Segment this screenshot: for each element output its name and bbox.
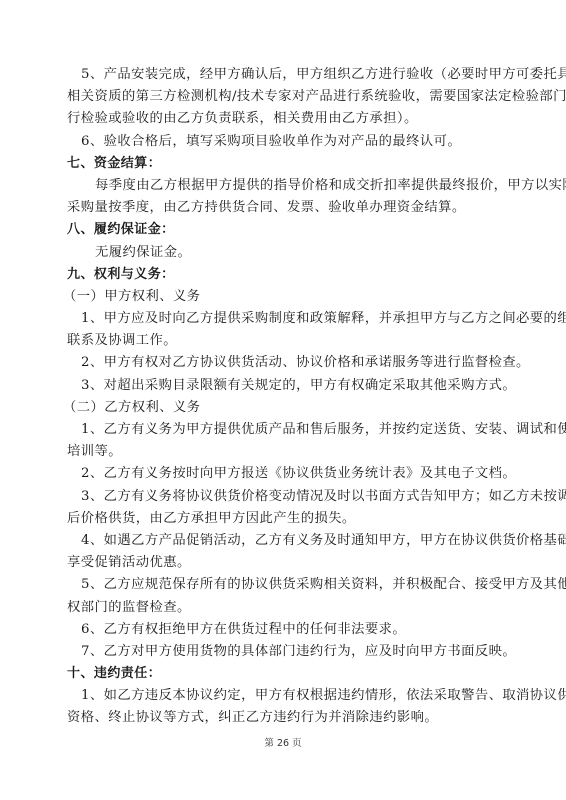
paragraph-line: 6、验收合格后，填写采购项目验收单作为对产品的最终认可。: [67, 131, 497, 153]
paragraph-line: 3、对超出采购目录限额有关规定的，甲方有权确定采取其他采购方式。: [67, 375, 497, 397]
paragraph-line: 7、乙方对甲方使用货物的具体部门违约行为，应及时向甲方书面反映。: [67, 641, 497, 663]
paragraph-line: 3、乙方有义务将协议供货价格变动情况及时以书面方式告知甲方；如乙方未按调整: [67, 486, 497, 508]
section-heading-rights-obligations: 九、权利与义务：: [67, 264, 497, 286]
section-heading-performance-bond: 八、履约保证金：: [67, 219, 497, 241]
paragraph-line: 享受促销活动优惠。: [67, 552, 497, 574]
paragraph-line: 联系及协调工作。: [67, 330, 497, 352]
paragraph-line: 5、产品安装完成，经甲方确认后，甲方组织乙方进行验收（必要时甲方可委托具有: [67, 64, 497, 86]
paragraph-line: 权部门的监督检查。: [67, 597, 497, 619]
paragraph-line: 1、如乙方违反本协议约定，甲方有权根据违约情形，依法采取警告、取消协议供货: [67, 685, 497, 707]
section-heading-liability: 十、违约责任：: [67, 663, 497, 685]
paragraph-line: 2、甲方有权对乙方协议供货活动、协议价格和承诺服务等进行监督检查。: [67, 352, 497, 374]
paragraph-line: 每季度由乙方根据甲方提供的指导价格和成交折扣率提供最终报价，甲方以实际: [67, 175, 497, 197]
subsection-heading-party-b: （二）乙方权利、义务: [63, 397, 497, 419]
subsection-heading-party-a: （一）甲方权利、义务: [63, 286, 497, 308]
paragraph-line: 相关资质的第三方检测机构/技术专家对产品进行系统验收，需要国家法定检验部门进: [67, 86, 497, 108]
document-body: 5、产品安装完成，经甲方确认后，甲方组织乙方进行验收（必要时甲方可委托具有 相关…: [67, 64, 497, 730]
paragraph-line: 2、乙方有义务按时向甲方报送《协议供货业务统计表》及其电子文档。: [67, 463, 497, 485]
page-number: 第 26 页: [0, 735, 566, 749]
paragraph-line: 1、乙方有义务为甲方提供优质产品和售后服务，并按约定送货、安装、调试和使用: [67, 419, 497, 441]
paragraph-line: 后价格供货，由乙方承担甲方因此产生的损失。: [67, 508, 497, 530]
paragraph-line: 行检验或验收的由乙方负责联系，相关费用由乙方承担）。: [67, 108, 497, 130]
document-page: 5、产品安装完成，经甲方确认后，甲方组织乙方进行验收（必要时甲方可委托具有 相关…: [0, 0, 566, 800]
paragraph-line: 采购量按季度，由乙方持供货合同、发票、验收单办理资金结算。: [67, 197, 497, 219]
paragraph-line: 6、乙方有权拒绝甲方在供货过程中的任何非法要求。: [67, 619, 497, 641]
paragraph-line: 4、如遇乙方产品促销活动，乙方有义务及时通知甲方，甲方在协议供货价格基础上: [67, 530, 497, 552]
paragraph-line: 1、甲方应及时向乙方提供采购制度和政策解释，并承担甲方与乙方之间必要的组织、: [67, 308, 497, 330]
paragraph-line: 5、乙方应规范保存所有的协议供货采购相关资料，并积极配合、接受甲方及其他职: [67, 574, 497, 596]
paragraph-line: 无履约保证金。: [67, 242, 497, 264]
paragraph-line: 培训等。: [67, 441, 497, 463]
paragraph-line: 资格、终止协议等方式，纠正乙方违约行为并消除违约影响。: [67, 707, 497, 729]
section-heading-settlement: 七、资金结算：: [67, 153, 497, 175]
